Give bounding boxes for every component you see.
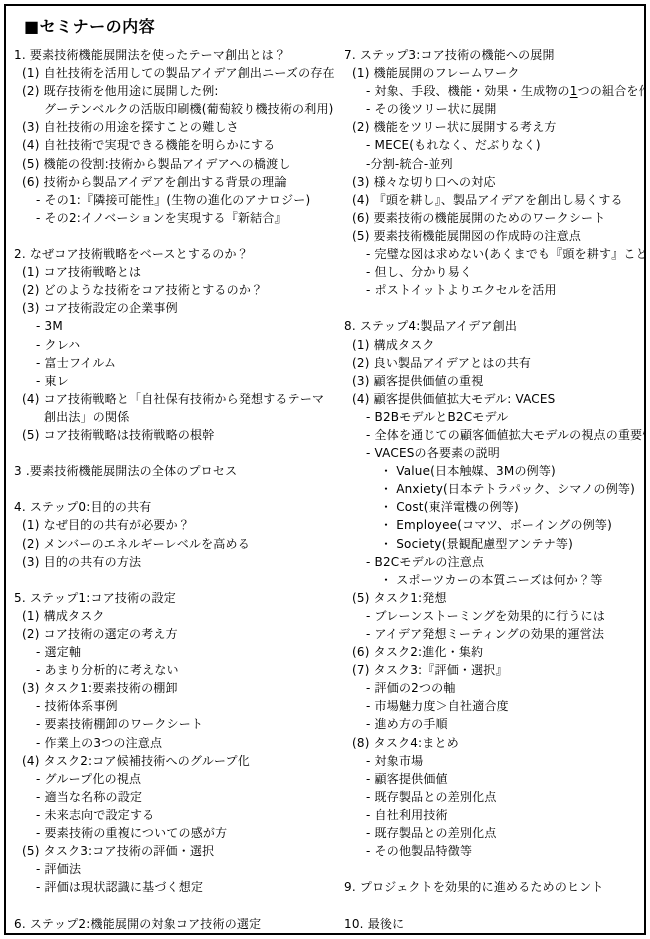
underlined-text: 1 — [570, 84, 578, 98]
outline-line: - その後ツリー状に展開 — [342, 100, 638, 118]
outline-line: 7. ステップ3:コア技術の機能への展開 — [342, 46, 638, 64]
outline-line: (8) タスク4:まとめ — [342, 734, 638, 752]
outline-line: (3) タスク1:要素技術の棚卸 — [12, 679, 342, 697]
left-column: 1. 要素技術機能展開法を使ったテーマ創出とは？(1) 自社技術を活用しての製品… — [12, 46, 342, 933]
outline-line: 1. 要素技術機能展開法を使ったテーマ創出とは？ — [12, 46, 342, 64]
outline-line: 8. ステップ4:製品アイデア創出 — [342, 317, 638, 335]
outline-line: ・ Cost(東洋電機の例等) — [342, 498, 638, 516]
outline-line: (3) 顧客提供価値の重視 — [342, 372, 638, 390]
outline-line: - ポストイットよりエクセルを活用 — [342, 281, 638, 299]
outline-line: - 既存製品との差別化点 — [342, 788, 638, 806]
outline-line: - グループ化の視点 — [12, 770, 342, 788]
outline-line: - B2BモデルとB2Cモデル — [342, 408, 638, 426]
outline-line: (4) 顧客提供価値拡大モデル: VACES — [342, 390, 638, 408]
outline-line: ・ Anxiety(日本テトラパック、シマノの例等) — [342, 480, 638, 498]
outline-line: (1) 自社技術を活用しての製品アイデア創出ニーズの存在 — [12, 64, 342, 82]
outline-line: (4) コア技術戦略と「自社保有技術から発想するテーマ — [12, 390, 342, 408]
outline-line: (5) タスク1:発想 — [342, 589, 638, 607]
outline-line: (7) タスク3:『評価・選択』 — [342, 661, 638, 679]
outline-line: - 完璧な図は求めない(あくまでも『頭を耕す』こと) — [342, 245, 638, 263]
outline-line: - MECE(もれなく、だぶりなく) — [342, 136, 638, 154]
outline-line: ・ Value(日本触媒、3Mの例等) — [342, 462, 638, 480]
blank-line — [342, 896, 638, 914]
outline-line: ・ スポーツカーの本質ニーズは何か？等 — [342, 571, 638, 589]
outline-line: -分割-統合-並列 — [342, 155, 638, 173]
outline-line: (3) コア技術設定の企業事例 — [12, 299, 342, 317]
outline-line: (2) コア技術の選定の考え方 — [12, 625, 342, 643]
outline-line: - 3M — [12, 317, 342, 335]
blank-line — [12, 227, 342, 245]
outline-line: - クレハ — [12, 336, 342, 354]
outline-line: - 評価の2つの軸 — [342, 679, 638, 697]
outline-line: - 対象、手段、機能・効果・生成物の1つの組合を作成 — [342, 82, 638, 100]
outline-line: (3) 様々な切り口への対応 — [342, 173, 638, 191]
outline-line: 3 .要素技術機能展開法の全体のプロセス — [12, 462, 342, 480]
outline-line: (6) 技術から製品アイデアを創出する背景の理論 — [12, 173, 342, 191]
outline-line: (1) なぜ目的の共有が必要か？ — [12, 516, 342, 534]
outline-line-text: つの組合を作成 — [578, 84, 646, 98]
outline-line-text: - 対象、手段、機能・効果・生成物の — [366, 84, 570, 98]
outline-line: - 自社利用技術 — [342, 806, 638, 824]
outline-line: - 評価法 — [12, 860, 342, 878]
outline-line: (4) 自社技術で実現できる機能を明らかにする — [12, 136, 342, 154]
outline-line: (2) 良い製品アイデアとはの共有 — [342, 354, 638, 372]
outline-line: - 要素技術の重複についての感が方 — [12, 824, 342, 842]
outline-line: - 作業上の3つの注意点 — [12, 734, 342, 752]
outline-line: (6) 要素技術の機能展開のためのワークシート — [342, 209, 638, 227]
outline-line: (2) メンバーのエネルギーレベルを高める — [12, 535, 342, 553]
outline-line: 創出法」の関係 — [12, 408, 342, 426]
outline-line: (1) 構成タスク — [342, 336, 638, 354]
outline-line: (4) タスク2:コア候補技術へのグループ化 — [12, 752, 342, 770]
outline-line: 9. プロジェクトを効果的に進めるためのヒント — [342, 878, 638, 896]
outline-line: - VACESの各要素の説明 — [342, 444, 638, 462]
outline-line: - アイデア発想ミーティングの効果的運営法 — [342, 625, 638, 643]
outline-line: - 未来志向で設定する — [12, 806, 342, 824]
outline-line: - 評価は現状認識に基づく想定 — [12, 878, 342, 896]
outline-line: - その1:『隣接可能性』(生物の進化のアナロジー) — [12, 191, 342, 209]
outline-line: - あまり分析的に考えない — [12, 661, 342, 679]
outline-line: 10. 最後に — [342, 915, 638, 933]
outline-line: 6. ステップ2:機能展開の対象コア技術の選定 — [12, 915, 342, 933]
outline-line: - 富士フイルム — [12, 354, 342, 372]
outline-line: (2) どのような技術をコア技術とするのか？ — [12, 281, 342, 299]
blank-line — [342, 860, 638, 878]
outline-line: (5) タスク3:コア技術の評価・選択 — [12, 842, 342, 860]
blank-line — [12, 480, 342, 498]
outline-line: (2) 既存技術を他用途に展開した例: — [12, 82, 342, 100]
outline-line: - 進め方の手順 — [342, 715, 638, 733]
outline-columns: 1. 要素技術機能展開法を使ったテーマ創出とは？(1) 自社技術を活用しての製品… — [12, 46, 638, 933]
outline-line: (3) 自社技術の用途を探すことの難しさ — [12, 118, 342, 136]
outline-line: 4. ステップ0:目的の共有 — [12, 498, 342, 516]
blank-line — [12, 444, 342, 462]
outline-line: - 技術体系事例 — [12, 697, 342, 715]
outline-line: - 適当な名称の設定 — [12, 788, 342, 806]
right-column: 7. ステップ3:コア技術の機能への展開(1) 機能展開のフレームワーク- 対象… — [342, 46, 638, 933]
outline-line: (1) 機能展開のフレームワーク — [342, 64, 638, 82]
document-border-frame: ■セミナーの内容 1. 要素技術機能展開法を使ったテーマ創出とは？(1) 自社技… — [4, 4, 646, 935]
outline-line: 2. なぜコア技術戦略をベースとするのか？ — [12, 245, 342, 263]
page-title: ■セミナーの内容 — [24, 16, 638, 38]
outline-line: - 市場魅力度＞自社適合度 — [342, 697, 638, 715]
outline-line: - 顧客提供価値 — [342, 770, 638, 788]
blank-line — [12, 571, 342, 589]
outline-line: - ブレーンストーミングを効果的に行うには — [342, 607, 638, 625]
outline-line: - 対象市場 — [342, 752, 638, 770]
outline-line: - 既存製品との差別化点 — [342, 824, 638, 842]
outline-line: (3) 目的の共有の方法 — [12, 553, 342, 571]
outline-line: ・ Society(景観配慮型アンテナ等) — [342, 535, 638, 553]
outline-line: (5) 要素技術機能展開図の作成時の注意点 — [342, 227, 638, 245]
outline-line: - 東レ — [12, 372, 342, 390]
blank-line — [12, 896, 342, 914]
outline-line: グーテンベルクの活版印刷機(葡萄絞り機技術の利用) — [12, 100, 342, 118]
outline-line: - その2:イノベーションを実現する『新結合』 — [12, 209, 342, 227]
outline-line: (1) 構成タスク — [12, 607, 342, 625]
outline-line: ・ Employee(コマツ、ボーイングの例等) — [342, 516, 638, 534]
document-page: ■セミナーの内容 1. 要素技術機能展開法を使ったテーマ創出とは？(1) 自社技… — [0, 0, 650, 939]
outline-line: (2) 機能をツリー状に展開する考え方 — [342, 118, 638, 136]
outline-line: (4) 『頭を耕し』、製品アイデアを創出し易くする — [342, 191, 638, 209]
outline-line: - 選定軸 — [12, 643, 342, 661]
outline-line: (5) 機能の役割:技術から製品アイデアへの橋渡し — [12, 155, 342, 173]
outline-line: - 全体を通じての顧客価値拡大モデルの視点の重要性 — [342, 426, 638, 444]
outline-line: - 但し、分かり易く — [342, 263, 638, 281]
outline-line: 5. ステップ1:コア技術の設定 — [12, 589, 342, 607]
outline-line: - 要素技術棚卸のワークシート — [12, 715, 342, 733]
outline-line: - B2Cモデルの注意点 — [342, 553, 638, 571]
outline-line: (5) コア技術戦略は技術戦略の根幹 — [12, 426, 342, 444]
blank-line — [342, 299, 638, 317]
outline-line: - その他製品特徴等 — [342, 842, 638, 860]
outline-line: (6) タスク2:進化・集約 — [342, 643, 638, 661]
outline-line: (1) コア技術戦略とは — [12, 263, 342, 281]
